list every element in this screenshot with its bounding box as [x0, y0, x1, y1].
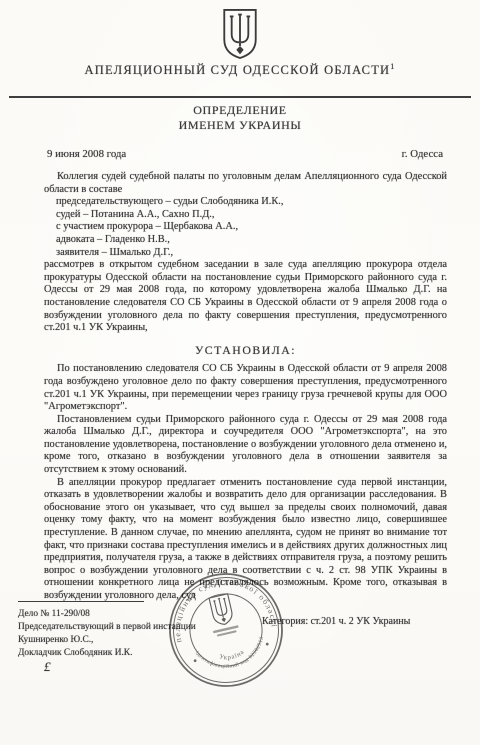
- intro-opening: Коллегия судей судебной палаты по уголов…: [44, 171, 447, 196]
- title-line-2: ИМЕНЕМ УКРАИНЫ: [0, 118, 480, 133]
- scanned-court-document: АПЕЛЯЦИОННЫЙ СУД ОДЕССКОЙ ОБЛАСТИ1 ОПРЕД…: [0, 0, 480, 745]
- body-paragraph: Постановлением судьи Приморского районно…: [44, 414, 447, 477]
- panel-member-line: председательствующего – судьи Слободяник…: [44, 196, 447, 209]
- court-name-text: АПЕЛЯЦИОННЫЙ СУД ОДЕССКОЙ ОБЛАСТИ: [85, 63, 391, 77]
- judicial-panel-list: председательствующего – судьи Слободяник…: [44, 196, 447, 259]
- footnote-mark: 1: [390, 62, 395, 71]
- document-title: ОПРЕДЕЛЕНИЕ ИМЕНЕМ УКРАИНЫ: [0, 103, 480, 132]
- panel-member-line: адвоката – Гладенко Н.В.,: [44, 234, 447, 247]
- document-city: г. Одесса: [402, 148, 443, 160]
- ruling-heading: УСТАНОВИЛА:: [44, 344, 447, 357]
- body-paragraph: По постановлению следователя СО СБ Украи…: [44, 363, 447, 413]
- document-date: 9 июня 2008 года: [47, 148, 126, 160]
- title-line-1: ОПРЕДЕЛЕНИЕ: [0, 103, 480, 118]
- panel-member-line: с участием прокурора – Щербакова А.А.,: [44, 221, 447, 234]
- document-body: Коллегия судей судебной палаты по уголов…: [44, 171, 447, 603]
- footer-divider: [18, 601, 144, 602]
- panel-member-line: судей – Потанина А.А., Сахно П.Д.,: [44, 209, 447, 222]
- header-divider: [9, 96, 471, 98]
- panel-member-line: заявителя – Шмалько Д.Г.,: [44, 247, 447, 260]
- case-summary: рассмотрев в открытом судебном заседании…: [44, 259, 447, 335]
- ukraine-trident-icon: [222, 8, 259, 65]
- court-name: АПЕЛЯЦИОННЫЙ СУД ОДЕССКОЙ ОБЛАСТИ1: [0, 62, 480, 78]
- dateline: 9 июня 2008 года г. Одесса: [47, 148, 443, 160]
